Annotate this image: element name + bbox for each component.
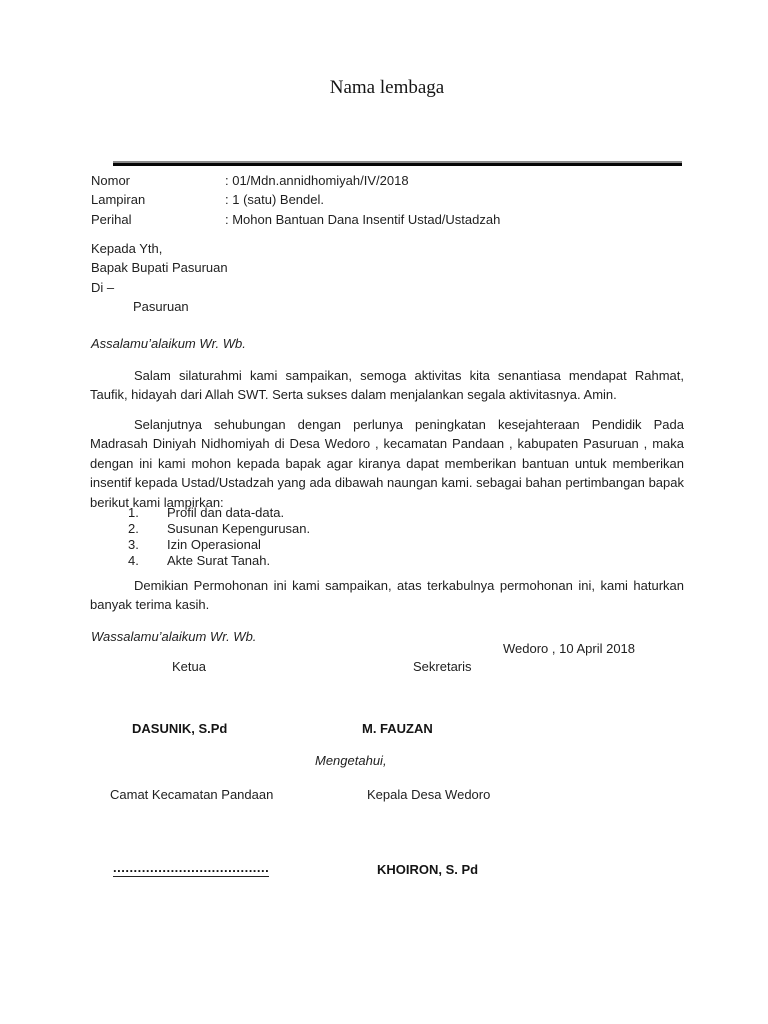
list-item-number: 1. — [128, 505, 167, 521]
recipient-line-di: Di – — [91, 278, 228, 297]
letter-meta-block: Nomor : 01/Mdn.annidhomiyah/IV/2018 Lamp… — [91, 171, 691, 229]
place-date: Wedoro , 10 April 2018 — [503, 639, 635, 658]
list-item: 1. Profil dan data-data. — [128, 505, 548, 521]
acknowledgement-label: Mengetahui, — [315, 751, 387, 770]
list-item-text: Profil dan data-data. — [167, 505, 284, 521]
letter-page: Nama lembaga Nomor : 01/Mdn.annidhomiyah… — [0, 0, 768, 1024]
list-item-text: Akte Surat Tanah. — [167, 553, 270, 569]
list-item: 4. Akte Surat Tanah. — [128, 553, 548, 569]
role-label-ketua: Ketua — [172, 657, 206, 676]
meta-label-nomor: Nomor — [91, 171, 225, 190]
salutation-closing: Wassalamu’alaikum Wr. Wb. — [91, 627, 256, 646]
meta-label-perihal: Perihal — [91, 210, 225, 229]
list-item: 3. Izin Operasional — [128, 537, 548, 553]
paragraph-closing: Demikian Permohonan ini kami sampaikan, … — [90, 576, 684, 615]
signatory-name-ketua: DASUNIK, S.Pd — [132, 719, 227, 738]
list-item-number: 2. — [128, 521, 167, 537]
list-item-number: 4. — [128, 553, 167, 569]
meta-value-nomor: : 01/Mdn.annidhomiyah/IV/2018 — [225, 171, 409, 190]
letterhead-title: Nama lembaga — [90, 76, 684, 100]
recipient-block: Kepada Yth, Bapak Bupati Pasuruan Di – P… — [91, 239, 228, 317]
signature-dotted-line: ...................................... — [113, 858, 269, 877]
paragraph-greeting: Salam silaturahmi kami sampaikan, semoga… — [90, 366, 684, 405]
meta-row-lampiran: Lampiran : 1 (satu) Bendel. — [91, 190, 691, 209]
list-item-number: 3. — [128, 537, 167, 553]
recipient-line-city: Pasuruan — [91, 297, 228, 316]
letterhead-divider — [113, 161, 682, 166]
official-name-khoiron: KHOIRON, S. Pd — [377, 860, 478, 879]
paragraph-request: Selanjutnya sehubungan dengan perlunya p… — [90, 415, 684, 512]
meta-row-perihal: Perihal : Mohon Bantuan Dana Insentif Us… — [91, 210, 691, 229]
salutation-opening: Assalamu’alaikum Wr. Wb. — [91, 334, 246, 353]
role-label-sekretaris: Sekretaris — [413, 657, 472, 676]
signatory-name-sekretaris: M. FAUZAN — [362, 719, 433, 738]
list-item: 2. Susunan Kepengurusan. — [128, 521, 548, 537]
meta-value-lampiran: : 1 (satu) Bendel. — [225, 190, 324, 209]
official-title-kepala-desa: Kepala Desa Wedoro — [367, 785, 490, 804]
official-title-camat: Camat Kecamatan Pandaan — [110, 785, 273, 804]
attachment-list: 1. Profil dan data-data. 2. Susunan Kepe… — [128, 505, 548, 569]
list-item-text: Susunan Kepengurusan. — [167, 521, 310, 537]
recipient-line-name: Bapak Bupati Pasuruan — [91, 258, 228, 277]
meta-label-lampiran: Lampiran — [91, 190, 225, 209]
recipient-line-kepada: Kepada Yth, — [91, 239, 228, 258]
list-item-text: Izin Operasional — [167, 537, 261, 553]
divider-black-line — [113, 163, 682, 166]
meta-value-perihal: : Mohon Bantuan Dana Insentif Ustad/Usta… — [225, 210, 500, 229]
signature-dots: ...................................... — [113, 862, 269, 877]
meta-row-nomor: Nomor : 01/Mdn.annidhomiyah/IV/2018 — [91, 171, 691, 190]
